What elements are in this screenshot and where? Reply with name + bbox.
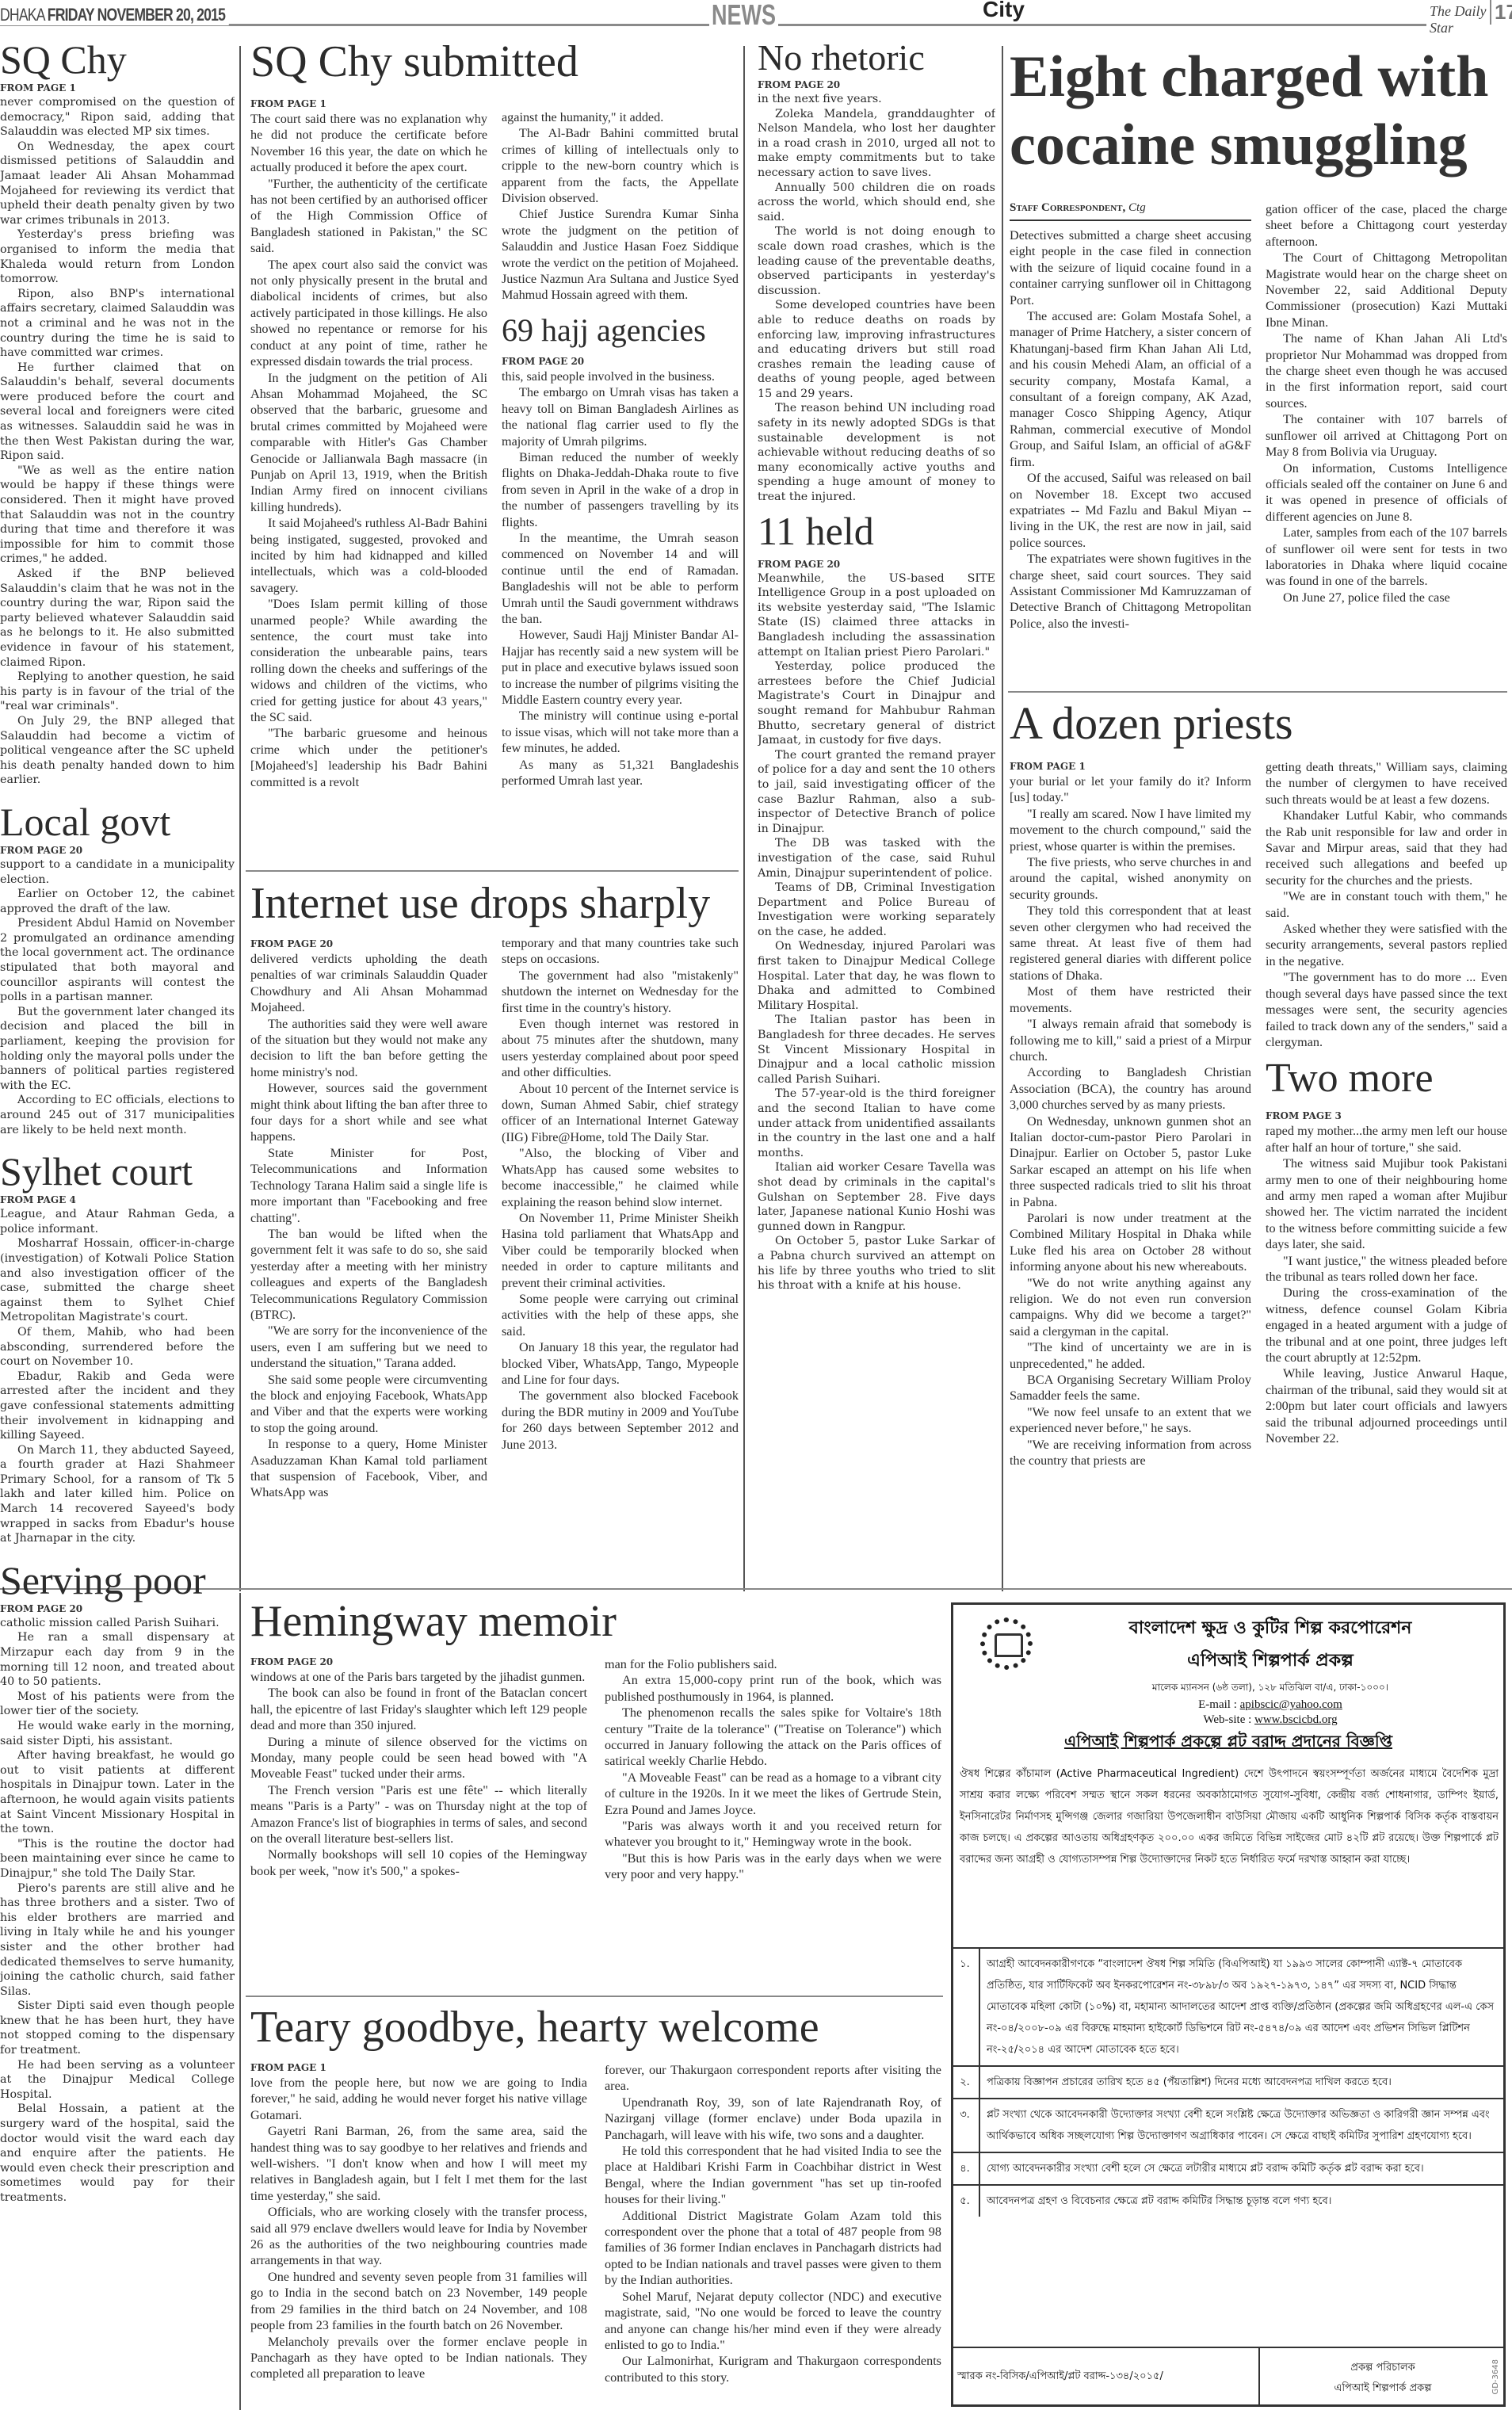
paragraph: But the government later changed its dec…: [0, 1005, 235, 1094]
section-divider: [246, 1996, 943, 1997]
jump-label: FROM PAGE 4: [0, 1194, 235, 1205]
paragraph: raped my mother...the army men left our …: [1266, 1123, 1507, 1155]
paragraph: Normally bookshops will sell 10 copies o…: [250, 1847, 587, 1879]
paragraph: against the humanity," it added.: [502, 109, 739, 125]
page-header: DHAKA FRIDAY NOVEMBER 20, 2015 NEWS City…: [0, 0, 1512, 32]
ad-website: Web-site : www.bscicbd.org: [1048, 1713, 1492, 1727]
paragraph: One hundred and seventy seven people fro…: [250, 2269, 587, 2334]
paragraph: The Al-Badr Bahini committed brutal crim…: [502, 125, 739, 206]
column-divider: [743, 46, 745, 1591]
headline: Internet use drops sharply: [250, 881, 739, 926]
paragraph: "But this is how Paris was in the early …: [605, 1850, 941, 1883]
article-serving-poor: Serving poor FROM PAGE 20 catholic missi…: [0, 1560, 235, 2206]
table-row: ৪.যোগ্য আবেদনকারীর সংখ্যা বেশী হলে সে ক্…: [951, 2152, 1506, 2185]
paragraph: On Wednesday, unknown gunmen shot an Ita…: [1010, 1113, 1251, 1210]
ad-title: এপিআই শিল্পপার্ক প্রকল্পে প্লট বরাদ্দ প্…: [953, 1730, 1503, 1756]
item-text: পত্রিকায় বিজ্ঞাপন প্রচারের তারিখ হতে ৪৫…: [979, 2066, 1506, 2099]
article-sq-chy-submitted: SQ Chy submitted FROM PAGE 1 The court s…: [250, 40, 739, 869]
paragraph: Teams of DB, Criminal Investigation Depa…: [758, 880, 995, 939]
paragraph: According to Bangladesh Christian Associ…: [1010, 1064, 1251, 1113]
paragraph: President Abdul Hamid on November 2 prom…: [0, 916, 235, 1005]
article-69-hajj-agencies: 69 hajj agencies FROM PAGE 20 this, said…: [502, 315, 739, 789]
byline-author: Staff Correspondent,: [1010, 201, 1125, 214]
paragraph: He further claimed that on Salauddin's b…: [0, 361, 235, 464]
paragraph: your burial or let your family do it? In…: [1010, 773, 1251, 806]
article-body: League, and Ataur Rahman Geda, a police …: [0, 1207, 235, 1546]
paragraph: The government had also "mistakenly" shu…: [502, 968, 739, 1016]
paragraph: On January 18 this year, the regulator h…: [502, 1339, 739, 1388]
paragraph: "The kind of uncertainty we are in is un…: [1010, 1339, 1251, 1372]
dateline: DHAKA FRIDAY NOVEMBER 20, 2015: [0, 5, 229, 25]
paragraph: Asked whether they were satisfied with t…: [1266, 921, 1507, 969]
ad-intro: ঔষধ শিল্পের কাঁচামাল (Active Pharmaceuti…: [960, 1763, 1499, 1870]
paragraph: Most of his patients were from the lower…: [0, 1690, 235, 1719]
paragraph: Yesterday, police produced the arrestees…: [758, 659, 995, 748]
paragraph: never compromised on the question of dem…: [0, 95, 235, 139]
paragraph: It said Mojaheed's ruthless Al-Badr Bahi…: [250, 515, 487, 596]
paragraph: League, and Ataur Rahman Geda, a police …: [0, 1207, 235, 1236]
column-divider: [1002, 46, 1003, 1591]
article-column: FROM PAGE 1 your burial or let your fami…: [1010, 758, 1251, 1469]
paragraph: The five priests, who serve churches in …: [1010, 854, 1251, 903]
article-sq-chy: SQ Chy FROM PAGE 1 never compromised on …: [0, 40, 235, 788]
paragraph: Mosharraf Hossain, officer-in-charge (in…: [0, 1236, 235, 1325]
item-number: ২.: [951, 2066, 979, 2099]
paragraph: The name of Khan Jahan Ali Ltd's proprie…: [1266, 330, 1507, 411]
paragraph: "We as well as the entire nation would b…: [0, 464, 235, 567]
paragraph: Parolari is now under treatment at the C…: [1010, 1210, 1251, 1275]
paragraph: However, sources said the government mig…: [250, 1080, 487, 1145]
headline: No rhetoric: [758, 40, 995, 76]
byline-location: Ctg: [1128, 201, 1146, 214]
article-column: Staff Correspondent, Ctg Detectives subm…: [1010, 195, 1251, 632]
table-row: ৫.আবেদনপত্র গ্রহণ ও বিবেচনার ক্ষেত্রে প্…: [951, 2185, 1506, 2217]
paragraph: She said some people were circumventing …: [250, 1372, 487, 1437]
paragraph: On information, Customs Intelligence off…: [1266, 460, 1507, 525]
ad-footer: স্মারক নং-বিসিক/এপিআই/প্লট বরাদ্দ-১৩৪/২০…: [951, 2347, 1506, 2407]
paragraph: In response to a query, Home Minister As…: [250, 1436, 487, 1501]
paragraph: The DB was tasked with the investigation…: [758, 836, 995, 880]
paragraph: temporary and that many countries take s…: [502, 935, 739, 968]
jump-label: FROM PAGE 1: [250, 2062, 587, 2073]
paragraph: windows at one of the Paris bars targete…: [250, 1669, 587, 1685]
paragraph: Detectives submitted a charge sheet accu…: [1010, 227, 1251, 308]
item-text: প্লট সংখ্যা থেকে আবেদনকারী উদ্যোক্তার সং…: [979, 2099, 1506, 2152]
article-two-more: Two more FROM PAGE 3 raped my mother...t…: [1266, 1058, 1507, 1446]
headline: Two more: [1266, 1058, 1507, 1099]
ad-memo-number: স্মারক নং-বিসিক/এপিআই/প্লট বরাদ্দ-১৩৪/২০…: [951, 2348, 1260, 2407]
paragraph: Asked if the BNP believed Salauddin's cl…: [0, 567, 235, 670]
paragraph: "Paris was always worth it and you recei…: [605, 1818, 941, 1850]
paragraph: gation officer of the case, placed the c…: [1266, 201, 1507, 250]
jump-label: FROM PAGE 20: [0, 845, 235, 856]
paragraph: During a minute of silence observed for …: [250, 1734, 587, 1782]
signatory-org: এপিআই শিল্পপার্ক প্রকল্প: [1260, 2378, 1506, 2399]
paragraph: Of them, Mahib, who had been absconding,…: [0, 1325, 235, 1369]
byline: Staff Correspondent, Ctg: [1010, 201, 1251, 221]
paragraph: During the cross-examination of the witn…: [1266, 1285, 1507, 1365]
paragraph: "We now feel unsafe to an extent that we…: [1010, 1404, 1251, 1437]
paragraph: As many as 51,321 Bangladeshis performed…: [502, 757, 739, 789]
headline: Hemingway memoir: [250, 1599, 941, 1644]
paragraph: Later, samples from each of the 107 barr…: [1266, 525, 1507, 590]
paragraph: The Italian pastor has been in Banglades…: [758, 1013, 995, 1087]
paragraph: The government also blocked Facebook dur…: [502, 1388, 739, 1453]
column-divider: [239, 1593, 241, 2410]
paragraph: The French version "Paris est une fête" …: [250, 1782, 587, 1847]
jump-label: FROM PAGE 1: [250, 98, 487, 109]
paragraph: Ebadur, Rakib and Geda were arrested aft…: [0, 1369, 235, 1443]
article-body: catholic mission called Parish Suihari. …: [0, 1616, 235, 2206]
website-label: Web-site :: [1203, 1713, 1254, 1726]
ad-code: GD-3648: [1491, 2359, 1500, 2395]
paragraph: Piero's parents are still alive and he h…: [0, 1881, 235, 1999]
ad-org-name: বাংলাদেশ ক্ষুদ্র ও কুটির শিল্প করপোরেশন: [1048, 1614, 1492, 1644]
paragraph: The authorities said they were well awar…: [250, 1016, 487, 1081]
paragraph: Even though internet was restored in abo…: [502, 1016, 739, 1081]
item-number: ৩.: [951, 2099, 979, 2152]
article-column: FROM PAGE 20 delivered verdicts upholdin…: [250, 935, 487, 1501]
paragraph: In the judgment on the petition of Ali A…: [250, 370, 487, 516]
paragraph: Belal Hossain, a patient at the surgery …: [0, 2102, 235, 2205]
paragraph: "The government has to do more ... Even …: [1266, 969, 1507, 1050]
article-hemingway: Hemingway memoir FROM PAGE 20 windows at…: [250, 1599, 941, 1992]
paragraph: Replying to another question, he said hi…: [0, 670, 235, 714]
paragraph: On October 5, pastor Luke Sarkar of a Pa…: [758, 1234, 995, 1293]
paragraph: The expatriates were shown fugitives in …: [1010, 551, 1251, 632]
paragraph: in the next five years.: [758, 92, 995, 107]
paragraph: He had been serving as a volunteer at th…: [0, 2058, 235, 2103]
article-column: against the humanity," it added. The Al-…: [502, 95, 739, 790]
paragraph: Italian aid worker Cesare Tavella was sh…: [758, 1160, 995, 1234]
jump-label: FROM PAGE 20: [250, 938, 487, 949]
paragraph: The ban would be lifted when the governm…: [250, 1226, 487, 1323]
headline: Serving poor: [0, 1560, 235, 1600]
ad-address: মালেক ম্যানসন (৬ষ্ঠ তলা), ১২৮ মতিঝিল বা/…: [1048, 1681, 1492, 1697]
paragraph: BCA Organising Secretary William Proloy …: [1010, 1372, 1251, 1404]
paragraph: Sohel Maruf, Nejarat deputy collector (N…: [605, 2289, 941, 2354]
paragraph: Chief Justice Surendra Kumar Sinha wrote…: [502, 206, 739, 303]
bscic-logo-icon: [980, 1617, 1033, 1670]
ad-project-name: এপিআই শিল্পপার্ক প্রকল্প: [1048, 1647, 1492, 1676]
paragraph: Most of them have restricted their movem…: [1010, 983, 1251, 1016]
paragraph: man for the Folio publishers said.: [605, 1656, 941, 1672]
jump-label: FROM PAGE 1: [0, 82, 235, 94]
table-row: ২.পত্রিকায় বিজ্ঞাপন প্রচারের তারিখ হতে …: [951, 2066, 1506, 2099]
page-number: 17: [1490, 0, 1512, 25]
table-row: ৩.প্লট সংখ্যা থেকে আবেদনকারী উদ্যোক্তার …: [951, 2099, 1506, 2152]
paragraph: "Further, the authenticity of the certif…: [250, 176, 487, 257]
paragraph: He told this correspondent that he had v…: [605, 2143, 941, 2208]
article-body: in the next five years. Zoleka Mandela, …: [758, 92, 995, 505]
paragraph: The book can also be found in front of t…: [250, 1685, 587, 1733]
paragraph: "Does Islam permit killing of those unar…: [250, 596, 487, 725]
article-column: FROM PAGE 20 windows at one of the Paris…: [250, 1653, 587, 1883]
article-body: Meanwhile, the US-based SITE Intelligenc…: [758, 571, 995, 1293]
paragraph: State Minister for Post, Telecommunicati…: [250, 1145, 487, 1226]
article-eight-charged: Eight charged with cocaine smuggling Sta…: [1010, 43, 1507, 686]
paragraph: Officials, who are working closely with …: [250, 2204, 587, 2269]
paragraph: The witness said Mujibur took Pakistani …: [1266, 1155, 1507, 1252]
article-no-rhetoric: No rhetoric FROM PAGE 20 in the next fiv…: [758, 40, 995, 505]
item-number: ৪.: [951, 2152, 979, 2185]
article-column: getting death threats," William says, cl…: [1266, 758, 1507, 1469]
email-link[interactable]: apibscic@yahoo.com: [1240, 1698, 1342, 1711]
article-body: never compromised on the question of dem…: [0, 95, 235, 788]
ad-org-header: বাংলাদেশ ক্ষুদ্র ও কুটির শিল্প করপোরেশন …: [1048, 1614, 1492, 1727]
paragraph: The 57-year-old is the third foreigner a…: [758, 1087, 995, 1160]
paragraph: The world is not doing enough to scale d…: [758, 224, 995, 298]
paragraph: On Wednesday, injured Parolari was first…: [758, 939, 995, 1013]
paragraph: Khandaker Lutful Kabir, who commands the…: [1266, 808, 1507, 888]
paragraph: "We are sorry for the inconvenience of t…: [250, 1323, 487, 1371]
ad-email: E-mail : apibscic@yahoo.com: [1048, 1698, 1492, 1712]
paragraph: Earlier on October 12, the cabinet appro…: [0, 887, 235, 916]
paragraph: The reason behind UN including road safe…: [758, 401, 995, 504]
paragraph: support to a candidate in a municipality…: [0, 857, 235, 887]
headline: Local govt: [0, 802, 235, 842]
paragraph: On November 11, Prime Minister Sheikh Ha…: [502, 1210, 739, 1291]
paragraph: "A Moveable Feast" can be read as a homa…: [605, 1770, 941, 1818]
paragraph: getting death threats," William says, cl…: [1266, 759, 1507, 808]
paragraph: Ripon, also BNP's international affairs …: [0, 287, 235, 361]
paragraph: They told this correspondent that at lea…: [1010, 903, 1251, 983]
paragraph: While leaving, Justice Anwarul Haque, ch…: [1266, 1365, 1507, 1446]
paragraph: Sister Dipti said even though people kne…: [0, 1999, 235, 2057]
advertisement-bscic: বাংলাদেশ ক্ষুদ্র ও কুটির শিল্প করপোরেশন …: [951, 1602, 1506, 2407]
paragraph: "I really am scared. Now I have limited …: [1010, 806, 1251, 854]
article-column: temporary and that many countries take s…: [502, 935, 739, 1501]
paragraph: forever, our Thakurgaon correspondent re…: [605, 2062, 941, 2095]
paragraph: The accused are: Golam Mostafa Sohel, a …: [1010, 308, 1251, 470]
paragraph: The phenomenon recalls the sales spike f…: [605, 1705, 941, 1770]
table-row: ১.আগ্রহী আবেদনকারীগণকে “বাংলাদেশ ঔষধ শিল…: [951, 1948, 1506, 2066]
paragraph: Annually 500 children die on roads acros…: [758, 181, 995, 225]
paragraph: About 10 percent of the Internet service…: [502, 1081, 739, 1146]
paragraph: On June 27, police filed the case: [1266, 590, 1507, 605]
paragraph: However, Saudi Hajj Minister Bandar Al-H…: [502, 627, 739, 708]
paragraph: "This is the routine the doctor had been…: [0, 1837, 235, 1881]
dateline-date: FRIDAY NOVEMBER 20, 2015: [48, 5, 225, 25]
email-label: E-mail :: [1198, 1698, 1240, 1711]
paragraph: Some developed countries have been able …: [758, 298, 995, 401]
paragraph: Meanwhile, the US-based SITE Intelligenc…: [758, 571, 995, 660]
paragraph: In the meantime, the Umrah season commen…: [502, 530, 739, 627]
paragraph: After having breakfast, he would go out …: [0, 1748, 235, 1837]
item-number: ১.: [951, 1948, 979, 2066]
paragraph: On March 11, they abducted Sayeed, a fou…: [0, 1443, 235, 1546]
paragraph: Melancholy prevails over the former encl…: [250, 2334, 587, 2382]
item-text: আগ্রহী আবেদনকারীগণকে “বাংলাদেশ ঔষধ শিল্প…: [979, 1948, 1506, 2066]
paragraph: The Court of Chittagong Metropolitan Mag…: [1266, 250, 1507, 330]
paragraph: Gayetri Rani Barman, 26, from the same a…: [250, 2123, 587, 2204]
article-column: FROM PAGE 1 The court said there was no …: [250, 95, 487, 790]
paragraph: love from the people here, but now we ar…: [250, 2075, 587, 2123]
item-number: ৫.: [951, 2185, 979, 2217]
headline: Sylhet court: [0, 1152, 235, 1191]
paragraph: Some people were carrying out criminal a…: [502, 1291, 739, 1339]
paragraph: "Also, the blocking of Viber and WhatsAp…: [502, 1145, 739, 1210]
paragraph: Biman reduced the number of weekly fligh…: [502, 449, 739, 530]
paragraph: "We are receiving information from acros…: [1010, 1437, 1251, 1469]
article-column: FROM PAGE 1 love from the people here, b…: [250, 2059, 587, 2385]
paragraph: Yesterday's press briefing was organised…: [0, 227, 235, 286]
dateline-city: DHAKA: [0, 5, 44, 25]
middle-right-column: No rhetoric FROM PAGE 20 in the next fiv…: [758, 40, 995, 1589]
paragraph: "We are in constant touch with them," he…: [1266, 888, 1507, 921]
article-dozen-priests: A dozen priests FROM PAGE 1 your burial …: [1010, 701, 1507, 1587]
paragraph: "I always remain afraid that somebody is…: [1010, 1016, 1251, 1064]
article-teary-goodbye: Teary goodbye, hearty welcome FROM PAGE …: [250, 2005, 941, 2410]
article-internet-use: Internet use drops sharply FROM PAGE 20 …: [250, 881, 739, 1585]
paragraph: He would wake early in the morning, said…: [0, 1719, 235, 1748]
paragraph: Upendranath Roy, 39, son of late Rajendr…: [605, 2095, 941, 2143]
paragraph: On July 29, the BNP alleged that Salaudd…: [0, 714, 235, 788]
paragraph: The container with 107 barrels of sunflo…: [1266, 411, 1507, 460]
paragraph: The court granted the remand prayer of p…: [758, 748, 995, 837]
website-link[interactable]: www.bscicbd.org: [1254, 1713, 1338, 1726]
section-divider: [246, 870, 739, 872]
jump-label: FROM PAGE 1: [1010, 761, 1251, 772]
paragraph: Our Lalmonirhat, Kurigram and Thakurgaon…: [605, 2353, 941, 2385]
section-label: NEWS: [709, 0, 778, 32]
paragraph: The embargo on Umrah visas has taken a h…: [502, 384, 739, 449]
paragraph: The apex court also said the convict was…: [250, 257, 487, 370]
paragraph: "We do not write anything against any re…: [1010, 1275, 1251, 1340]
article-body: support to a candidate in a municipality…: [0, 857, 235, 1137]
ad-conditions-table: ১.আগ্রহী আবেদনকারীগণকে “বাংলাদেশ ঔষধ শিল…: [951, 1947, 1506, 2217]
article-column: gation officer of the case, placed the c…: [1266, 195, 1507, 632]
headline: 69 hajj agencies: [502, 315, 739, 346]
paragraph: An extra 15,000-copy print run of the bo…: [605, 1672, 941, 1705]
headline: 11 held: [758, 511, 995, 551]
paragraph: delivered verdicts upholding the death p…: [250, 951, 487, 1016]
signatory-title: প্রকল্প পরিচালক: [1260, 2358, 1506, 2378]
jump-label: FROM PAGE 20: [250, 1656, 587, 1667]
paragraph: this, said people involved in the busine…: [502, 369, 739, 384]
article-column: forever, our Thakurgaon correspondent re…: [605, 2059, 941, 2385]
paragraph: Zoleka Mandela, granddaughter of Nelson …: [758, 107, 995, 181]
headline: SQ Chy submitted: [250, 40, 739, 84]
paragraph: Of the accused, Saiful was released on b…: [1010, 470, 1251, 551]
item-text: আবেদনপত্র গ্রহণ ও বিবেচনার ক্ষেত্রে প্লট…: [979, 2185, 1506, 2217]
paragraph: On Wednesday, the apex court dismissed p…: [0, 139, 235, 228]
paragraph: Additional District Magistrate Golam Aza…: [605, 2208, 941, 2289]
section-divider: [1008, 691, 1507, 693]
paragraph: "I want justice," the witness pleaded be…: [1266, 1253, 1507, 1285]
paragraph: He ran a small dispensary at Mirzapur ea…: [0, 1630, 235, 1689]
jump-label: FROM PAGE 20: [502, 356, 739, 367]
left-column: SQ Chy FROM PAGE 1 never compromised on …: [0, 40, 235, 2409]
item-text: যোগ্য আবেদনকারীর সংখ্যা বেশী হলে সে ক্ষে…: [979, 2152, 1506, 2185]
headline: SQ Chy: [0, 40, 235, 79]
jump-label: FROM PAGE 20: [0, 1603, 235, 1614]
ad-signatory: প্রকল্প পরিচালক এপিআই শিল্পপার্ক প্রকল্প: [1260, 2348, 1506, 2407]
article-11-held: 11 held FROM PAGE 20 Meanwhile, the US-b…: [758, 511, 995, 1293]
article-sylhet-court: Sylhet court FROM PAGE 4 League, and Ata…: [0, 1152, 235, 1546]
paragraph: catholic mission called Parish Suihari.: [0, 1616, 235, 1631]
jump-label: FROM PAGE 20: [758, 559, 995, 570]
headline: A dozen priests: [1010, 701, 1507, 747]
jump-label: FROM PAGE 3: [1266, 1110, 1507, 1121]
headline: Teary goodbye, hearty welcome: [250, 2005, 941, 2049]
paragraph: According to EC officials, elections to …: [0, 1093, 235, 1137]
jump-label: FROM PAGE 20: [758, 79, 995, 90]
headline: Eight charged with cocaine smuggling: [1010, 43, 1507, 179]
paragraph: "The barbaric gruesome and heinous crime…: [250, 725, 487, 790]
subsection-label: City: [983, 0, 1025, 22]
paragraph: The ministry will continue using e-porta…: [502, 708, 739, 756]
column-divider: [239, 46, 241, 1591]
paragraph: The court said there was no explanation …: [250, 111, 487, 176]
article-local-govt: Local govt FROM PAGE 20 support to a can…: [0, 802, 235, 1137]
article-column: man for the Folio publishers said. An ex…: [605, 1653, 941, 1883]
